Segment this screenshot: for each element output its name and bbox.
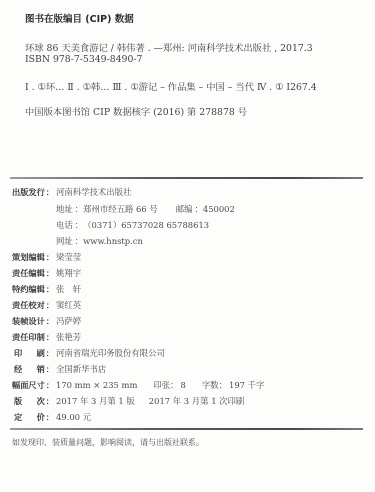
credit-value: 姚翔宇 [56, 267, 81, 279]
credit-value: 冯萨婷 [56, 315, 81, 327]
cip-classification: Ⅰ . ①环… Ⅱ . ①韩… Ⅲ . ①游记 – 作品集 – 中国 – 当代 … [25, 79, 317, 93]
cip-record-number: 中国版本图书馆 CIP 数据核字 (2016) 第 278878 号 [25, 104, 247, 118]
credit-row-printer: 印刷： 河南省瑞光印务股份有限公司 [12, 346, 165, 360]
credit-value: 全国新华书店 [56, 363, 106, 375]
printing-value: 2017 年 3 月第 1 次印刷 [149, 395, 245, 407]
website-row: 网址： www.hnstp.cn [56, 234, 143, 248]
price-row: 定价： 49.00 元 [12, 410, 91, 424]
credit-row-planning-editor: 策划编辑： 梁莹莹 [12, 250, 81, 264]
cip-bibliographic-line: 环球 86 天美食游记 / 韩伟著 . —郑州: 河南科学技术出版社 , 201… [25, 40, 313, 54]
words-value: 197 千字 [229, 379, 264, 391]
credit-row-proofreader: 责任校对： 窦红英 [12, 298, 81, 312]
format-value: 170 mm × 235 mm [56, 380, 137, 390]
publisher-name: 河南科学技术出版社 [56, 186, 131, 198]
credit-row-contributing-editor: 特约编辑： 张 轩 [12, 282, 81, 296]
credit-row-print-supervisor: 责任印制： 张艳芳 [12, 330, 81, 344]
cip-isbn: ISBN 978-7-5349-8490-7 [25, 54, 142, 65]
price-value: 49.00 元 [56, 411, 91, 423]
sheets-value: 8 [181, 380, 186, 390]
quality-notice: 如发现印、装质量问题，影响阅读，请与出版社联系。 [12, 437, 204, 448]
address-value: 郑州市经五路 66 号 [83, 203, 158, 215]
credit-value: 张艳芳 [56, 331, 81, 343]
credit-value: 梁莹莹 [56, 251, 81, 263]
phone-value: （0371）65737028 65788613 [83, 219, 209, 231]
credit-row-responsible-editor: 责任编辑： 姚翔宇 [12, 266, 81, 280]
format-row: 幅面尺寸： 170 mm × 235 mm 印张： 8 字数： 197 千字 [12, 378, 264, 392]
credit-value: 窦红英 [56, 299, 81, 311]
publisher-label: 出版发行： [12, 187, 54, 198]
credit-row-designer: 装帧设计： 冯萨婷 [12, 314, 81, 328]
bottom-divider [10, 428, 363, 430]
cip-title: 图书在版编目 (CIP) 数据 [25, 11, 134, 25]
phone-row: 电话： （0371）65737028 65788613 [56, 218, 209, 232]
postcode-value: 450002 [203, 204, 235, 214]
address-row: 地址： 郑州市经五路 66 号 邮编： 450002 [56, 202, 235, 216]
website-value: www.hnstp.cn [83, 236, 143, 246]
credit-value: 张 轩 [56, 283, 81, 295]
publisher-row: 出版发行： 河南科学技术出版社 [12, 185, 131, 199]
credit-row-distributor: 经销： 全国新华书店 [12, 362, 106, 376]
top-divider [10, 177, 363, 179]
credit-value: 河南省瑞光印务股份有限公司 [56, 347, 165, 359]
edition-value: 2017 年 3 月第 1 版 [56, 395, 135, 407]
edition-row: 版次： 2017 年 3 月第 1 版 2017 年 3 月第 1 次印刷 [12, 394, 244, 408]
